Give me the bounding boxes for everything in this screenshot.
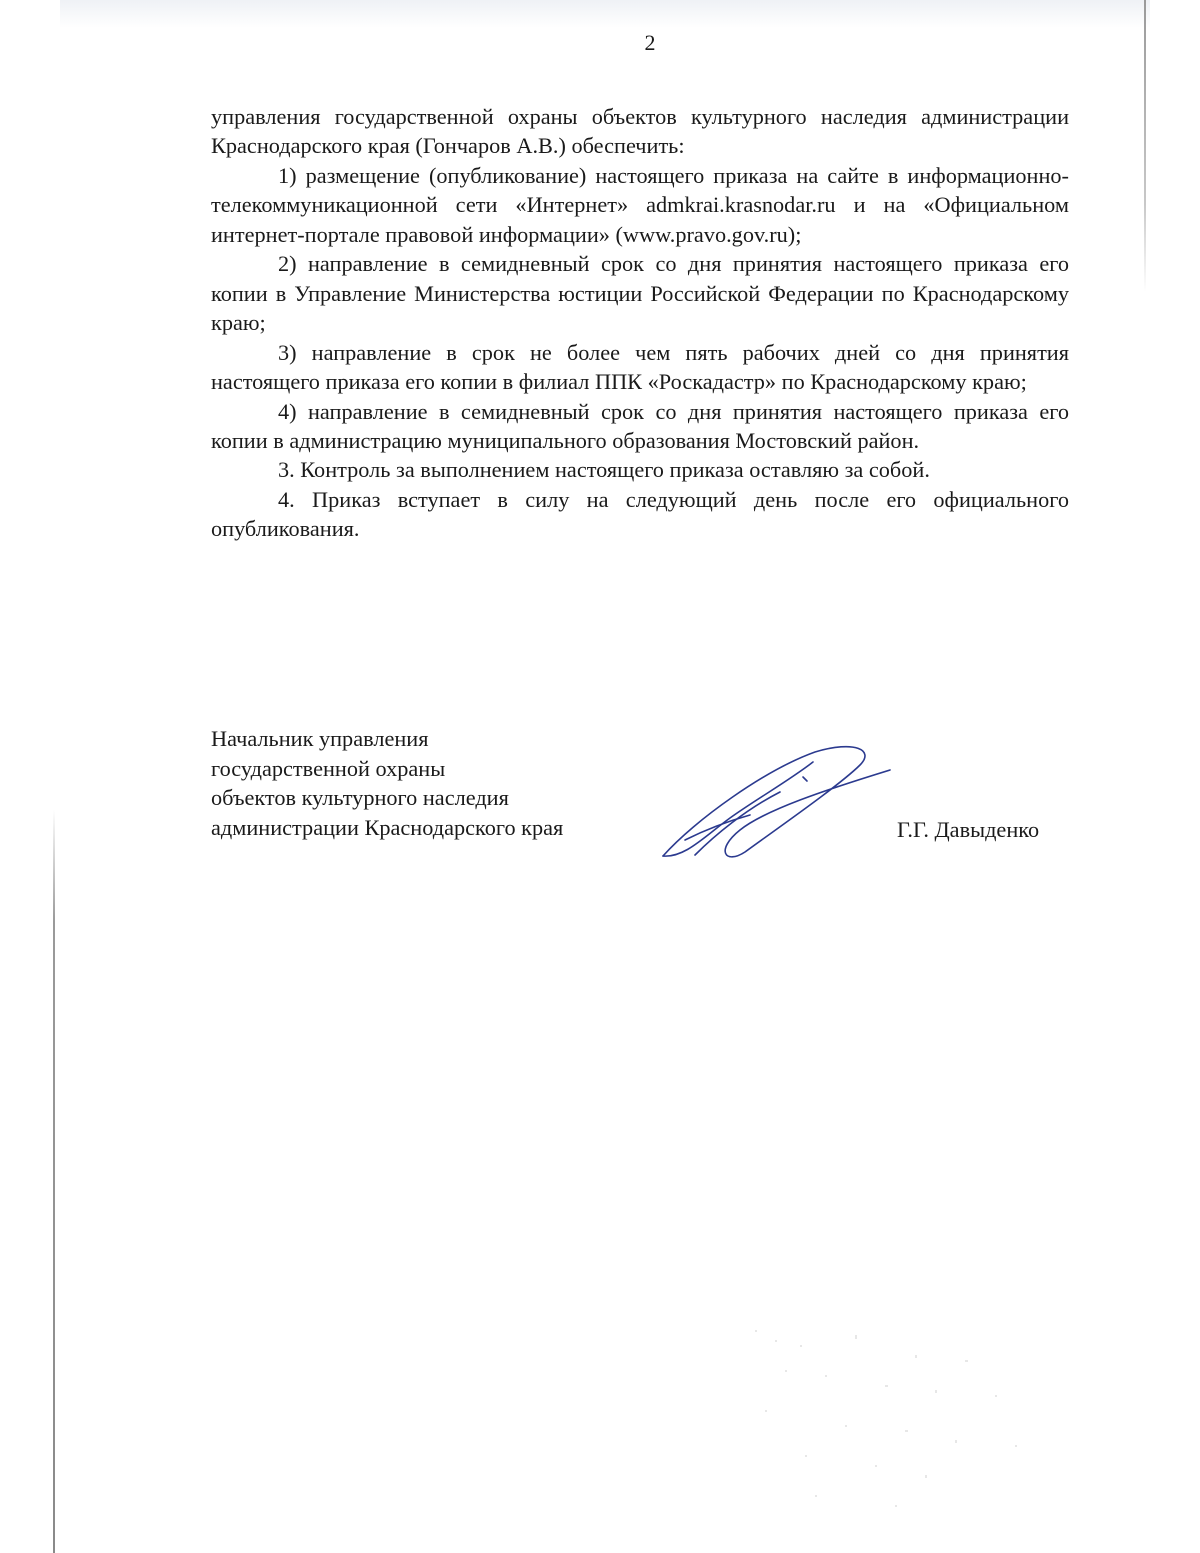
paragraph-effective: 4. Приказ вступает в силу на следующий д… bbox=[211, 485, 1069, 544]
paragraph-intro: управления государственной охраны объект… bbox=[211, 102, 1069, 161]
paragraph-item-2: 2) направление в семидневный срок со дня… bbox=[211, 249, 1069, 337]
signer-position-line: Начальник управления bbox=[211, 724, 563, 754]
signer-position-line: администрации Краснодарского края bbox=[211, 813, 563, 843]
scan-shadow-top bbox=[60, 0, 1150, 28]
signer-name: Г.Г. Давыденко bbox=[897, 817, 1039, 843]
signer-position-line: государственной охраны bbox=[211, 754, 563, 784]
paragraph-item-3: 3) направление в срок не более чем пять … bbox=[211, 338, 1069, 397]
scan-artifact bbox=[715, 1315, 1085, 1525]
signer-position: Начальник управления государственной охр… bbox=[211, 724, 563, 842]
paragraph-item-4: 4) направление в семидневный срок со дня… bbox=[211, 397, 1069, 456]
page-number: 2 bbox=[0, 30, 1200, 56]
signature-icon bbox=[655, 740, 895, 865]
document-body: управления государственной охраны объект… bbox=[211, 102, 1069, 544]
signer-position-line: объектов культурного наследия bbox=[211, 783, 563, 813]
paragraph-control: 3. Контроль за выполнением настоящего пр… bbox=[211, 455, 1069, 484]
scan-edge-left bbox=[53, 810, 55, 1553]
paragraph-item-1: 1) размещение (опубликование) настоящего… bbox=[211, 161, 1069, 249]
